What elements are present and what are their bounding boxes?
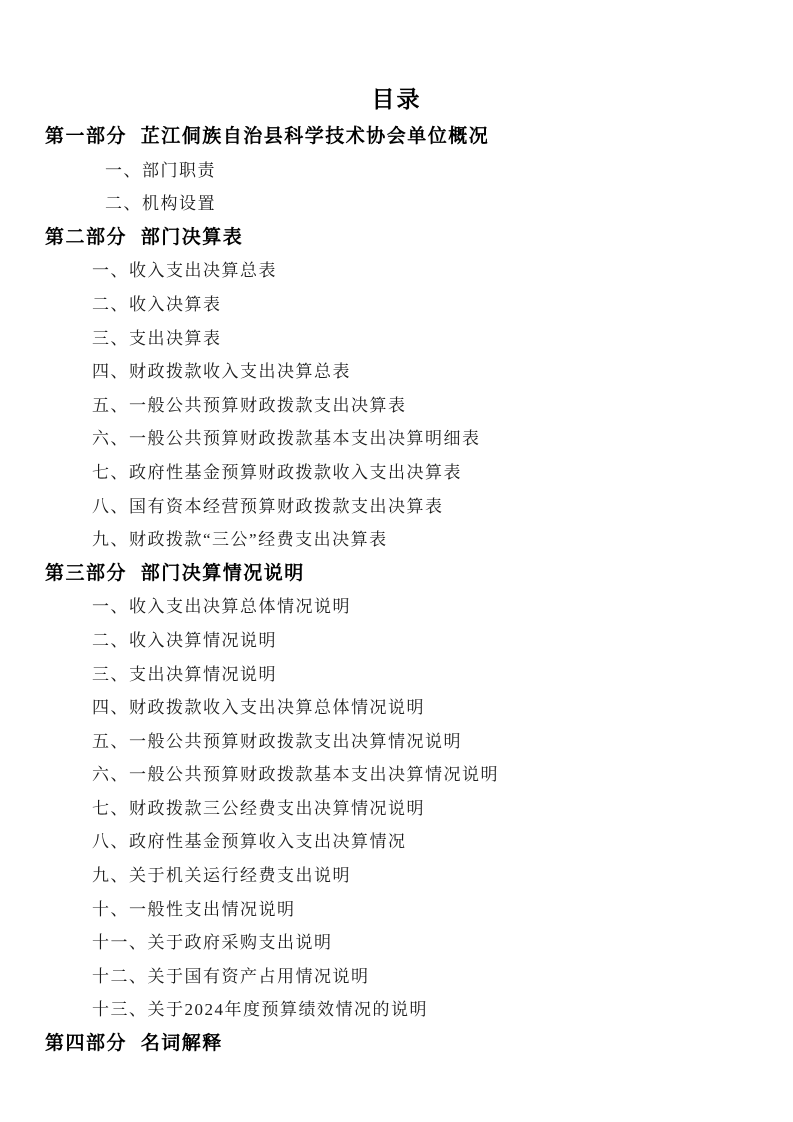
toc-item: 一、部门职责: [0, 154, 793, 188]
section-heading-part1: 第一部分 芷江侗族自治县科学技术协会单位概况: [0, 120, 793, 154]
toc-item: 三、支出决算情况说明: [0, 658, 793, 692]
toc-item: 六、一般公共预算财政拨款基本支出决算情况说明: [0, 758, 793, 792]
page-title: 目录: [0, 84, 793, 120]
toc-item: 六、一般公共预算财政拨款基本支出决算明细表: [0, 422, 793, 456]
toc-item: 十三、关于2024年度预算绩效情况的说明: [0, 993, 793, 1027]
toc-body: 第一部分 芷江侗族自治县科学技术协会单位概况 一、部门职责 二、机构设置 第二部…: [0, 120, 793, 1061]
toc-item: 七、财政拨款三公经费支出决算情况说明: [0, 792, 793, 826]
toc-item: 一、收入支出决算总表: [0, 254, 793, 288]
toc-item: 二、机构设置: [0, 187, 793, 221]
toc-item: 七、政府性基金预算财政拨款收入支出决算表: [0, 456, 793, 490]
toc-item: 二、收入决算表: [0, 288, 793, 322]
toc-item: 十、一般性支出情况说明: [0, 893, 793, 927]
toc-item: 八、政府性基金预算收入支出决算情况: [0, 825, 793, 859]
toc-item: 五、一般公共预算财政拨款支出决算表: [0, 389, 793, 423]
toc-item: 十一、关于政府采购支出说明: [0, 926, 793, 960]
toc-item: 八、国有资本经营预算财政拨款支出决算表: [0, 490, 793, 524]
toc-item: 十二、关于国有资产占用情况说明: [0, 960, 793, 994]
toc-item: 二、收入决算情况说明: [0, 624, 793, 658]
toc-item: 四、财政拨款收入支出决算总体情况说明: [0, 691, 793, 725]
toc-item: 三、支出决算表: [0, 322, 793, 356]
document-page: 目录 第一部分 芷江侗族自治县科学技术协会单位概况 一、部门职责 二、机构设置 …: [0, 0, 793, 1122]
toc-item: 九、财政拨款“三公”经费支出决算表: [0, 523, 793, 557]
toc-item: 九、关于机关运行经费支出说明: [0, 859, 793, 893]
section-heading-part4: 第四部分 名词解释: [0, 1027, 793, 1061]
toc-item: 四、财政拨款收入支出决算总表: [0, 355, 793, 389]
toc-item: 五、一般公共预算财政拨款支出决算情况说明: [0, 725, 793, 759]
section-heading-part3: 第三部分 部门决算情况说明: [0, 557, 793, 591]
section-heading-part2: 第二部分 部门决算表: [0, 221, 793, 255]
toc-item: 一、收入支出决算总体情况说明: [0, 590, 793, 624]
